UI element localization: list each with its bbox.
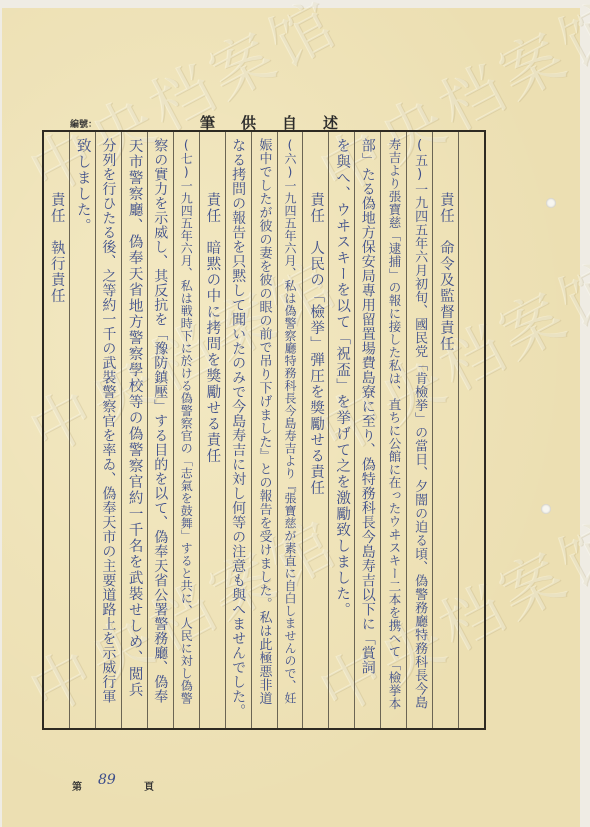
grid-column: (七)一九四五年六月、私は戦時下に於ける偽警察官の「志氣を鼓舞」すると共に、人民… <box>173 132 199 728</box>
grid-column <box>458 132 484 728</box>
grid-column: 天市警察廳、偽奉天省地方警察學校等の偽警察官約一千名を武裝せしめ、閲兵 <box>121 132 147 728</box>
handwritten-line: を與へ、ウヰスキーを以て「祝盃」を挙げて之を激勵致しました。 <box>335 138 350 618</box>
grid-column: 責任 執行責任 <box>44 132 69 728</box>
grid-column: 分列を行ひたる後、之等約一千の武裝警察官を率ゐ、偽奉天市の主要道路上を示威行軍 <box>95 132 121 728</box>
handwritten-line: 察の實力を示威し、其反抗を「豫防鎮壓」する目的を以て、偽奉天省公署警務廳、偽奉 <box>153 138 167 704</box>
handwritten-line: (七)一九四五年六月、私は戦時下に於ける偽警察官の「志氣を鼓舞」すると共に、人民… <box>180 138 192 705</box>
handwritten-line: 責任 人民の「檢挙」弾圧を獎勵せる責任 <box>309 192 324 496</box>
page-suffix: 頁 <box>144 778 154 793</box>
punch-hole <box>546 198 556 208</box>
handwritten-line: (六)一九四五年六月、私は偽警察廳特務科長今島寿吉より『張寶慈が素直に自白しませ… <box>284 138 296 705</box>
grid-column: 察の實力を示威し、其反抗を「豫防鎮壓」する目的を以て、偽奉天省公署警務廳、偽奉 <box>147 132 173 728</box>
punch-hole <box>541 504 551 514</box>
writing-grid: 責任 命令及監督責任(五)一九四五年六月初旬、國民党「肯檢挙」の當日、夕闇の迫る… <box>42 130 486 730</box>
handwritten-line: 致しました。 <box>75 138 90 234</box>
handwritten-line: 責任 執行責任 <box>49 192 64 304</box>
handwritten-line: 責任 命令及監督責任 <box>438 192 453 352</box>
handwritten-line: 娠中でしたが彼の妻を彼の眼の前で吊り下げました』との報告を受けました。私は此極悪… <box>258 138 271 705</box>
page-prefix: 第 <box>72 778 82 793</box>
grid-column: 責任 人民の「檢挙」弾圧を獎勵せる責任 <box>302 132 328 728</box>
grid-column: 致しました。 <box>69 132 95 728</box>
grid-column: 娠中でしたが彼の妻を彼の眼の前で吊り下げました』との報告を受けました。私は此極悪… <box>251 132 277 728</box>
grid-column: (五)一九四五年六月初旬、國民党「肯檢挙」の當日、夕闇の迫る頃、偽警務廳特務科長… <box>406 132 432 728</box>
grid-column: 責任 暗黙の中に拷問を獎勵せる責任 <box>199 132 225 728</box>
handwritten-line: なる拷問の報告を只黙して聞いたのみで今島寿吉に対し何等の注意も與へませんでした。 <box>231 138 245 718</box>
handwritten-line: 責任 暗黙の中に拷問を獎勵せる責任 <box>205 192 220 464</box>
handwritten-line: 部」たる偽地方保安局專用留置場費島寮に至り、偽特務科長今島寿吉以下に「賞詞 <box>361 138 375 675</box>
page-number: 89 <box>98 772 116 788</box>
grid-column: なる拷問の報告を只黙して聞いたのみで今島寿吉に対し何等の注意も與へませんでした。 <box>225 132 251 728</box>
handwritten-line: (五)一九四五年六月初旬、國民党「肯檢挙」の當日、夕闇の迫る頃、偽警務廳特務科長… <box>413 138 426 709</box>
handwritten-line: 分列を行ひたる後、之等約一千の武裝警察官を率ゐ、偽奉天市の主要道路上を示威行軍 <box>101 138 115 704</box>
grid-column: (六)一九四五年六月、私は偽警察廳特務科長今島寿吉より『張寶慈が素直に自白しませ… <box>277 132 303 728</box>
grid-column: 部」たる偽地方保安局專用留置場費島寮に至り、偽特務科長今島寿吉以下に「賞詞 <box>354 132 380 728</box>
handwritten-line: 天市警察廳、偽奉天省地方警察學校等の偽警察官約一千名を武裝せしめ、閲兵 <box>127 138 142 698</box>
grid-column: を與へ、ウヰスキーを以て「祝盃」を挙げて之を激勵致しました。 <box>328 132 354 728</box>
handwritten-line: 寿吉より張寶慈「逮捕」の報に接した私は、直ちに公館に在ったウヰスキー二本を携へて… <box>387 138 400 710</box>
form-number-label: 編號： <box>70 117 97 130</box>
grid-column: 寿吉より張寶慈「逮捕」の報に接した私は、直ちに公館に在ったウヰスキー二本を携へて… <box>380 132 406 728</box>
grid-column: 責任 命令及監督責任 <box>432 132 458 728</box>
